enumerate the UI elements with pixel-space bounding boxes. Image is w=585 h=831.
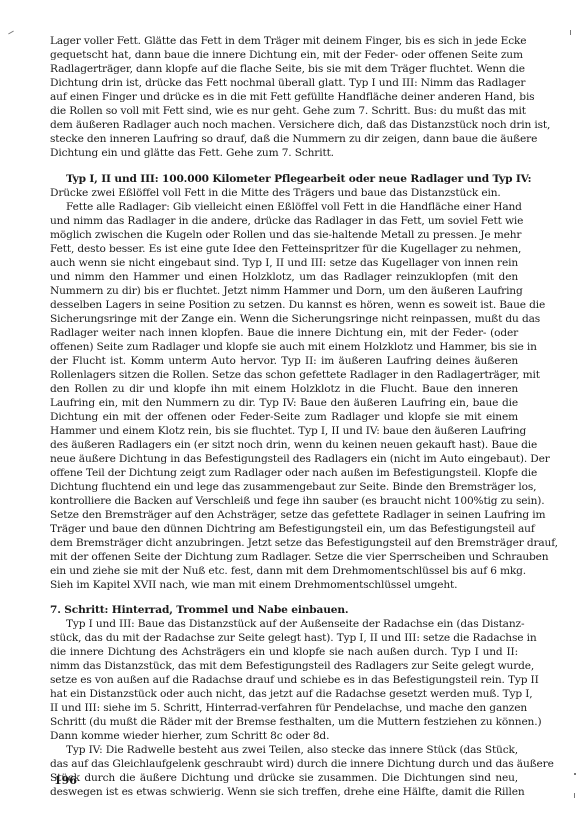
text-line: Dichtung drin ist, drücke das Fett nochm… — [50, 76, 518, 90]
text-line: die Rollen so voll mit Fett sind, wie es… — [50, 104, 518, 118]
scan-artifact — [574, 793, 575, 798]
text-line: kontrolliere die Backen auf Verschleiß u… — [50, 494, 518, 508]
paragraph-typ-100000-km: Typ I, II und III: 100.000 Kilometer Pfl… — [50, 172, 518, 200]
text-line: Dichtung ein mit der offenen oder Feder-… — [50, 410, 518, 424]
text-line: II und III: siehe im 5. Schritt, Hinterr… — [50, 701, 518, 715]
text-line: möglich zwischen die Kugeln oder Rollen … — [50, 228, 518, 242]
text-line: stück, das du mit der Radachse zur Seite… — [50, 631, 518, 645]
text-line: Dichtung ein und glätte das Fett. Gehe z… — [50, 146, 518, 160]
text-line: offene Teil der Dichtung zeigt zum Radla… — [50, 466, 518, 480]
text-line: Stück durch die äußere Dichtung und drüc… — [50, 771, 518, 785]
paragraph-typ-iv-radwelle: Typ IV: Die Radwelle besteht aus zwei Te… — [50, 743, 518, 799]
text-line: Nummern zu dir) bis er fluchtet. Jetzt n… — [50, 284, 518, 298]
text-line: Lager voller Fett. Glätte das Fett in de… — [50, 34, 518, 48]
section-heading: 7. Schritt: Hinterrad, Trommel und Nabe … — [50, 603, 518, 617]
text-line: dem Bremsträger dicht anzubringen. Jetzt… — [50, 536, 518, 550]
text-line: Träger und baue den dünnen Dichtring am … — [50, 522, 518, 536]
text-line: Typ I und III: Baue das Distanzstück auf… — [50, 617, 518, 631]
scan-artifact — [570, 30, 571, 35]
text-line: hat ein Distanzstück oder auch nicht, da… — [50, 687, 518, 701]
paragraph-gap — [50, 592, 518, 603]
text-line: gequetscht hat, dann baue die innere Dic… — [50, 48, 518, 62]
text-line: die innere Dichtung des Achsträgers ein … — [50, 645, 518, 659]
scan-artifact — [574, 773, 576, 775]
scan-artifact — [8, 31, 14, 35]
text-line: deswegen ist es etwas schwierig. Wenn si… — [50, 785, 518, 799]
text-line: Radlagerträger, dann klopfe auf die flac… — [50, 62, 518, 76]
text-line: dem äußeren Radlager auch noch machen. V… — [50, 118, 518, 132]
text-line: Sicherungsringe mit der Zange ein. Wenn … — [50, 312, 518, 326]
paragraph-fette-alle-radlager: Fette alle Radlager: Gib vielleicht eine… — [50, 200, 518, 592]
text-line: Fette alle Radlager: Gib vielleicht eine… — [50, 200, 518, 214]
text-line: Setze den Bremsträger auf den Achsträger… — [50, 508, 518, 522]
section-heading-text: 7. Schritt: Hinterrad, Trommel und Nabe … — [50, 603, 518, 617]
text-line: Rollenlagers sitzen die Rollen. Setze da… — [50, 368, 518, 382]
text-line: Fett, desto besser. Es ist eine gute Ide… — [50, 242, 518, 256]
paragraph-radlager-fett: Lager voller Fett. Glätte das Fett in de… — [50, 34, 518, 160]
text-line: Drücke zwei Eßlöffel voll Fett in die Mi… — [50, 186, 518, 200]
text-line: Schritt (du mußt die Räder mit der Brems… — [50, 715, 518, 729]
text-line: Typ I, II und III: 100.000 Kilometer Pfl… — [50, 172, 518, 186]
text-line: nimm das Distanzstück, das mit dem Befes… — [50, 659, 518, 673]
paragraph-gap — [50, 160, 518, 172]
paragraph-typ-i-iii-distanzstueck: Typ I und III: Baue das Distanzstück auf… — [50, 617, 518, 743]
text-line: das auf das Gleichlaufgelenk geschraubt … — [50, 757, 518, 771]
text-line: Sieh im Kapitel XVII nach, wie man mit e… — [50, 578, 518, 592]
text-line: ein und ziehe sie mit der Nuß etc. fest,… — [50, 564, 518, 578]
text-line: auf einen Finger und drücke es in die mi… — [50, 90, 518, 104]
text-line: setze es von außen auf die Radachse drau… — [50, 673, 518, 687]
text-line: Radlager weiter nach innen klopfen. Baue… — [50, 326, 518, 340]
text-line: Laufring ein, mit den Nummern zu dir. Ty… — [50, 396, 518, 410]
text-line: Dichtung fluchtend ein und lege das zusa… — [50, 480, 518, 494]
text-line: Hammer und einem Klotz rein, bis sie flu… — [50, 424, 518, 438]
text-line: den Rollen zu dir und klopfe ihn mit ein… — [50, 382, 518, 396]
text-line: stecke den inneren Laufring so drauf, da… — [50, 132, 518, 146]
text-line: offenen) Seite zum Radlager und klopfe s… — [50, 340, 518, 354]
page-number: 196 — [54, 774, 77, 787]
text-line: Typ IV: Die Radwelle besteht aus zwei Te… — [50, 743, 518, 757]
text-line: auch wenn sie nicht eingebaut sind. Typ … — [50, 256, 518, 270]
text-line: der Flucht ist. Komm unterm Auto hervor.… — [50, 354, 518, 368]
text-line: des äußeren Radlagers ein (er sitzt noch… — [50, 438, 518, 452]
text-line: und nimm das Radlager in die andere, drü… — [50, 214, 518, 228]
text-line: Dann komme wieder hierher, zum Schritt 8… — [50, 729, 518, 743]
text-line: desselben Lagers in seine Position zu se… — [50, 298, 518, 312]
book-page-text: Lager voller Fett. Glätte das Fett in de… — [50, 34, 518, 799]
text-line: und nimm den Hammer und einen Holzklotz,… — [50, 270, 518, 284]
text-line: mit der offenen Seite der Dichtung zum R… — [50, 550, 518, 564]
text-line: neue äußere Dichtung in das Befestigungs… — [50, 452, 518, 466]
